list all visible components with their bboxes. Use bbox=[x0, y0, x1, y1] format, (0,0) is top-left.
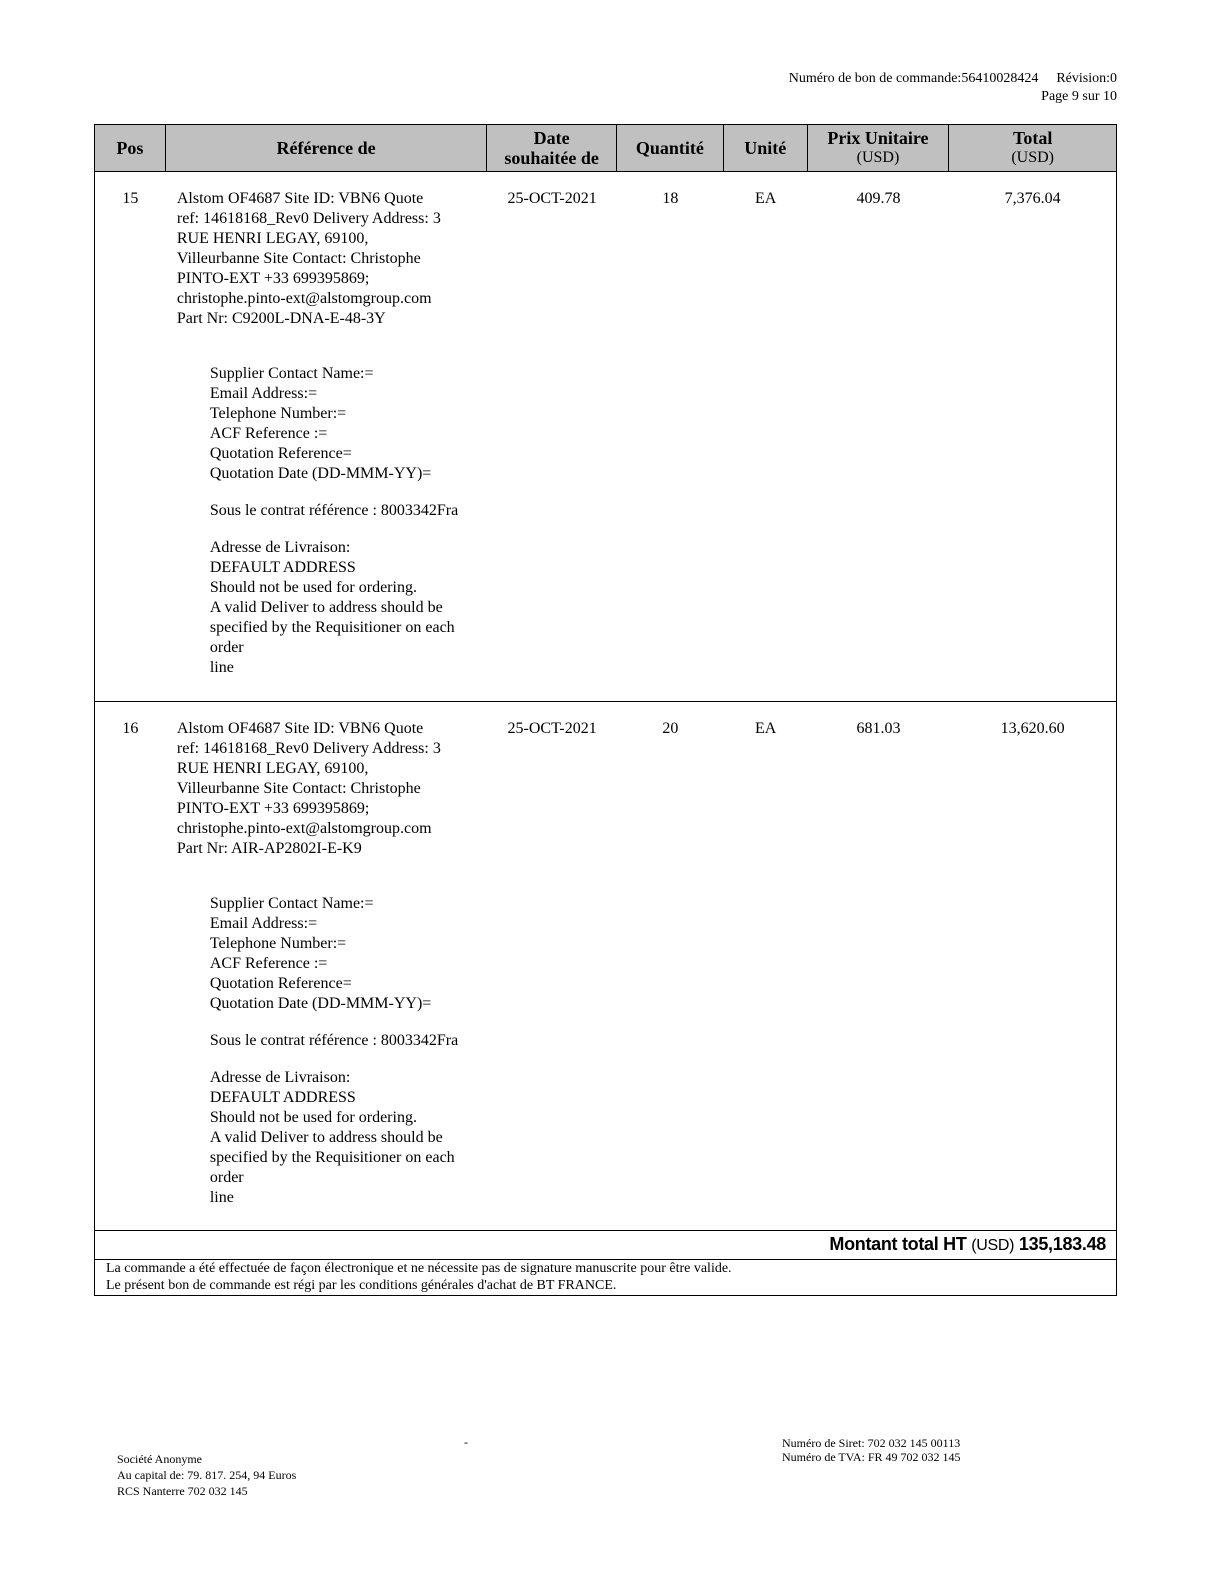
row-reference: Alstom OF4687 Site ID: VBN6 Quote ref: 1… bbox=[166, 172, 487, 701]
row-reference: Alstom OF4687 Site ID: VBN6 Quote ref: 1… bbox=[166, 702, 487, 1230]
row-unit: EA bbox=[724, 702, 808, 1230]
col-header-unit: Unité bbox=[724, 125, 808, 171]
col-header-reference: Référence de bbox=[166, 125, 487, 171]
col-header-unit-price: Prix Unitaire (USD) bbox=[808, 125, 950, 171]
row-unit: EA bbox=[724, 172, 808, 701]
grand-total: Montant total HT (USD) 135,183.48 bbox=[95, 1231, 1116, 1260]
delivery-address: Adresse de Livraison: DEFAULT ADDRESS Sh… bbox=[210, 1068, 483, 1208]
col-header-total-currency: (USD) bbox=[1011, 148, 1054, 168]
row-reference-text: Alstom OF4687 Site ID: VBN6 Quote ref: 1… bbox=[177, 189, 483, 329]
col-header-date-line2: souhaitée de bbox=[504, 148, 599, 168]
supplier-fields: Supplier Contact Name:= Email Address:= … bbox=[210, 894, 483, 1014]
row-quantity: 18 bbox=[617, 172, 724, 701]
row-quantity: 20 bbox=[617, 702, 724, 1230]
note-electronic: La commande a été effectuée de façon éle… bbox=[106, 1260, 1116, 1277]
supplier-fields: Supplier Contact Name:= Email Address:= … bbox=[210, 364, 483, 484]
contract-reference: Sous le contrat référence : 8003342Fra bbox=[210, 501, 483, 521]
row-unit-price: 681.03 bbox=[808, 702, 950, 1230]
col-header-total: Total (USD) bbox=[949, 125, 1116, 171]
grand-total-label: Montant total HT bbox=[829, 1234, 966, 1254]
footer-siret: Numéro de Siret: 702 032 145 00113 bbox=[782, 1436, 961, 1450]
row-details: Supplier Contact Name:= Email Address:= … bbox=[210, 364, 483, 678]
col-header-unit-price-label: Prix Unitaire bbox=[827, 128, 928, 148]
revision: Révision:0 bbox=[1056, 71, 1117, 86]
order-notes: La commande a été effectuée de façon éle… bbox=[95, 1260, 1116, 1295]
col-header-unit-price-currency: (USD) bbox=[857, 148, 900, 168]
col-header-total-label: Total bbox=[1013, 128, 1052, 148]
order-lines-table: Pos Référence de Date souhaitée de Quant… bbox=[94, 124, 1117, 1296]
footer-registration: Numéro de Siret: 702 032 145 00113 Numér… bbox=[782, 1436, 961, 1464]
order-number-line: Numéro de bon de commande:56410028424Rév… bbox=[789, 70, 1117, 88]
footer-rcs: RCS Nanterre 702 032 145 bbox=[117, 1483, 296, 1499]
footer-company-info: Société Anonyme Au capital de: 79. 817. … bbox=[117, 1451, 296, 1499]
contract-reference: Sous le contrat référence : 8003342Fra bbox=[210, 1031, 483, 1051]
row-unit-price: 409.78 bbox=[808, 172, 950, 701]
order-number: Numéro de bon de commande:56410028424 bbox=[789, 71, 1039, 86]
footer-legal-form: Société Anonyme bbox=[117, 1451, 296, 1467]
row-date: 25-OCT-2021 bbox=[487, 702, 617, 1230]
row-details: Supplier Contact Name:= Email Address:= … bbox=[210, 894, 483, 1208]
note-conditions: Le présent bon de commande est régi par … bbox=[106, 1277, 1116, 1294]
row-reference-text: Alstom OF4687 Site ID: VBN6 Quote ref: 1… bbox=[177, 719, 483, 859]
delivery-address: Adresse de Livraison: DEFAULT ADDRESS Sh… bbox=[210, 538, 483, 678]
row-total: 13,620.60 bbox=[949, 702, 1116, 1230]
col-header-date: Date souhaitée de bbox=[487, 125, 617, 171]
table-header: Pos Référence de Date souhaitée de Quant… bbox=[95, 125, 1116, 172]
grand-total-currency: (USD) bbox=[971, 1237, 1014, 1254]
row-date: 25-OCT-2021 bbox=[487, 172, 617, 701]
row-total: 7,376.04 bbox=[949, 172, 1116, 701]
row-pos: 15 bbox=[95, 172, 166, 701]
grand-total-value: 135,183.48 bbox=[1019, 1234, 1106, 1254]
table-row: 16 Alstom OF4687 Site ID: VBN6 Quote ref… bbox=[95, 702, 1116, 1231]
footer-capital: Au capital de: 79. 817. 254, 94 Euros bbox=[117, 1467, 296, 1483]
row-pos: 16 bbox=[95, 702, 166, 1230]
document-header: Numéro de bon de commande:56410028424Rév… bbox=[789, 70, 1117, 106]
page-number: Page 9 sur 10 bbox=[789, 88, 1117, 106]
col-header-quantity: Quantité bbox=[617, 125, 724, 171]
col-header-date-line1: Date bbox=[534, 128, 570, 148]
footer-tva: Numéro de TVA: FR 49 702 032 145 bbox=[782, 1450, 961, 1464]
table-row: 15 Alstom OF4687 Site ID: VBN6 Quote ref… bbox=[95, 172, 1116, 702]
col-header-pos: Pos bbox=[95, 125, 166, 171]
footer-center: - bbox=[464, 1435, 468, 1450]
